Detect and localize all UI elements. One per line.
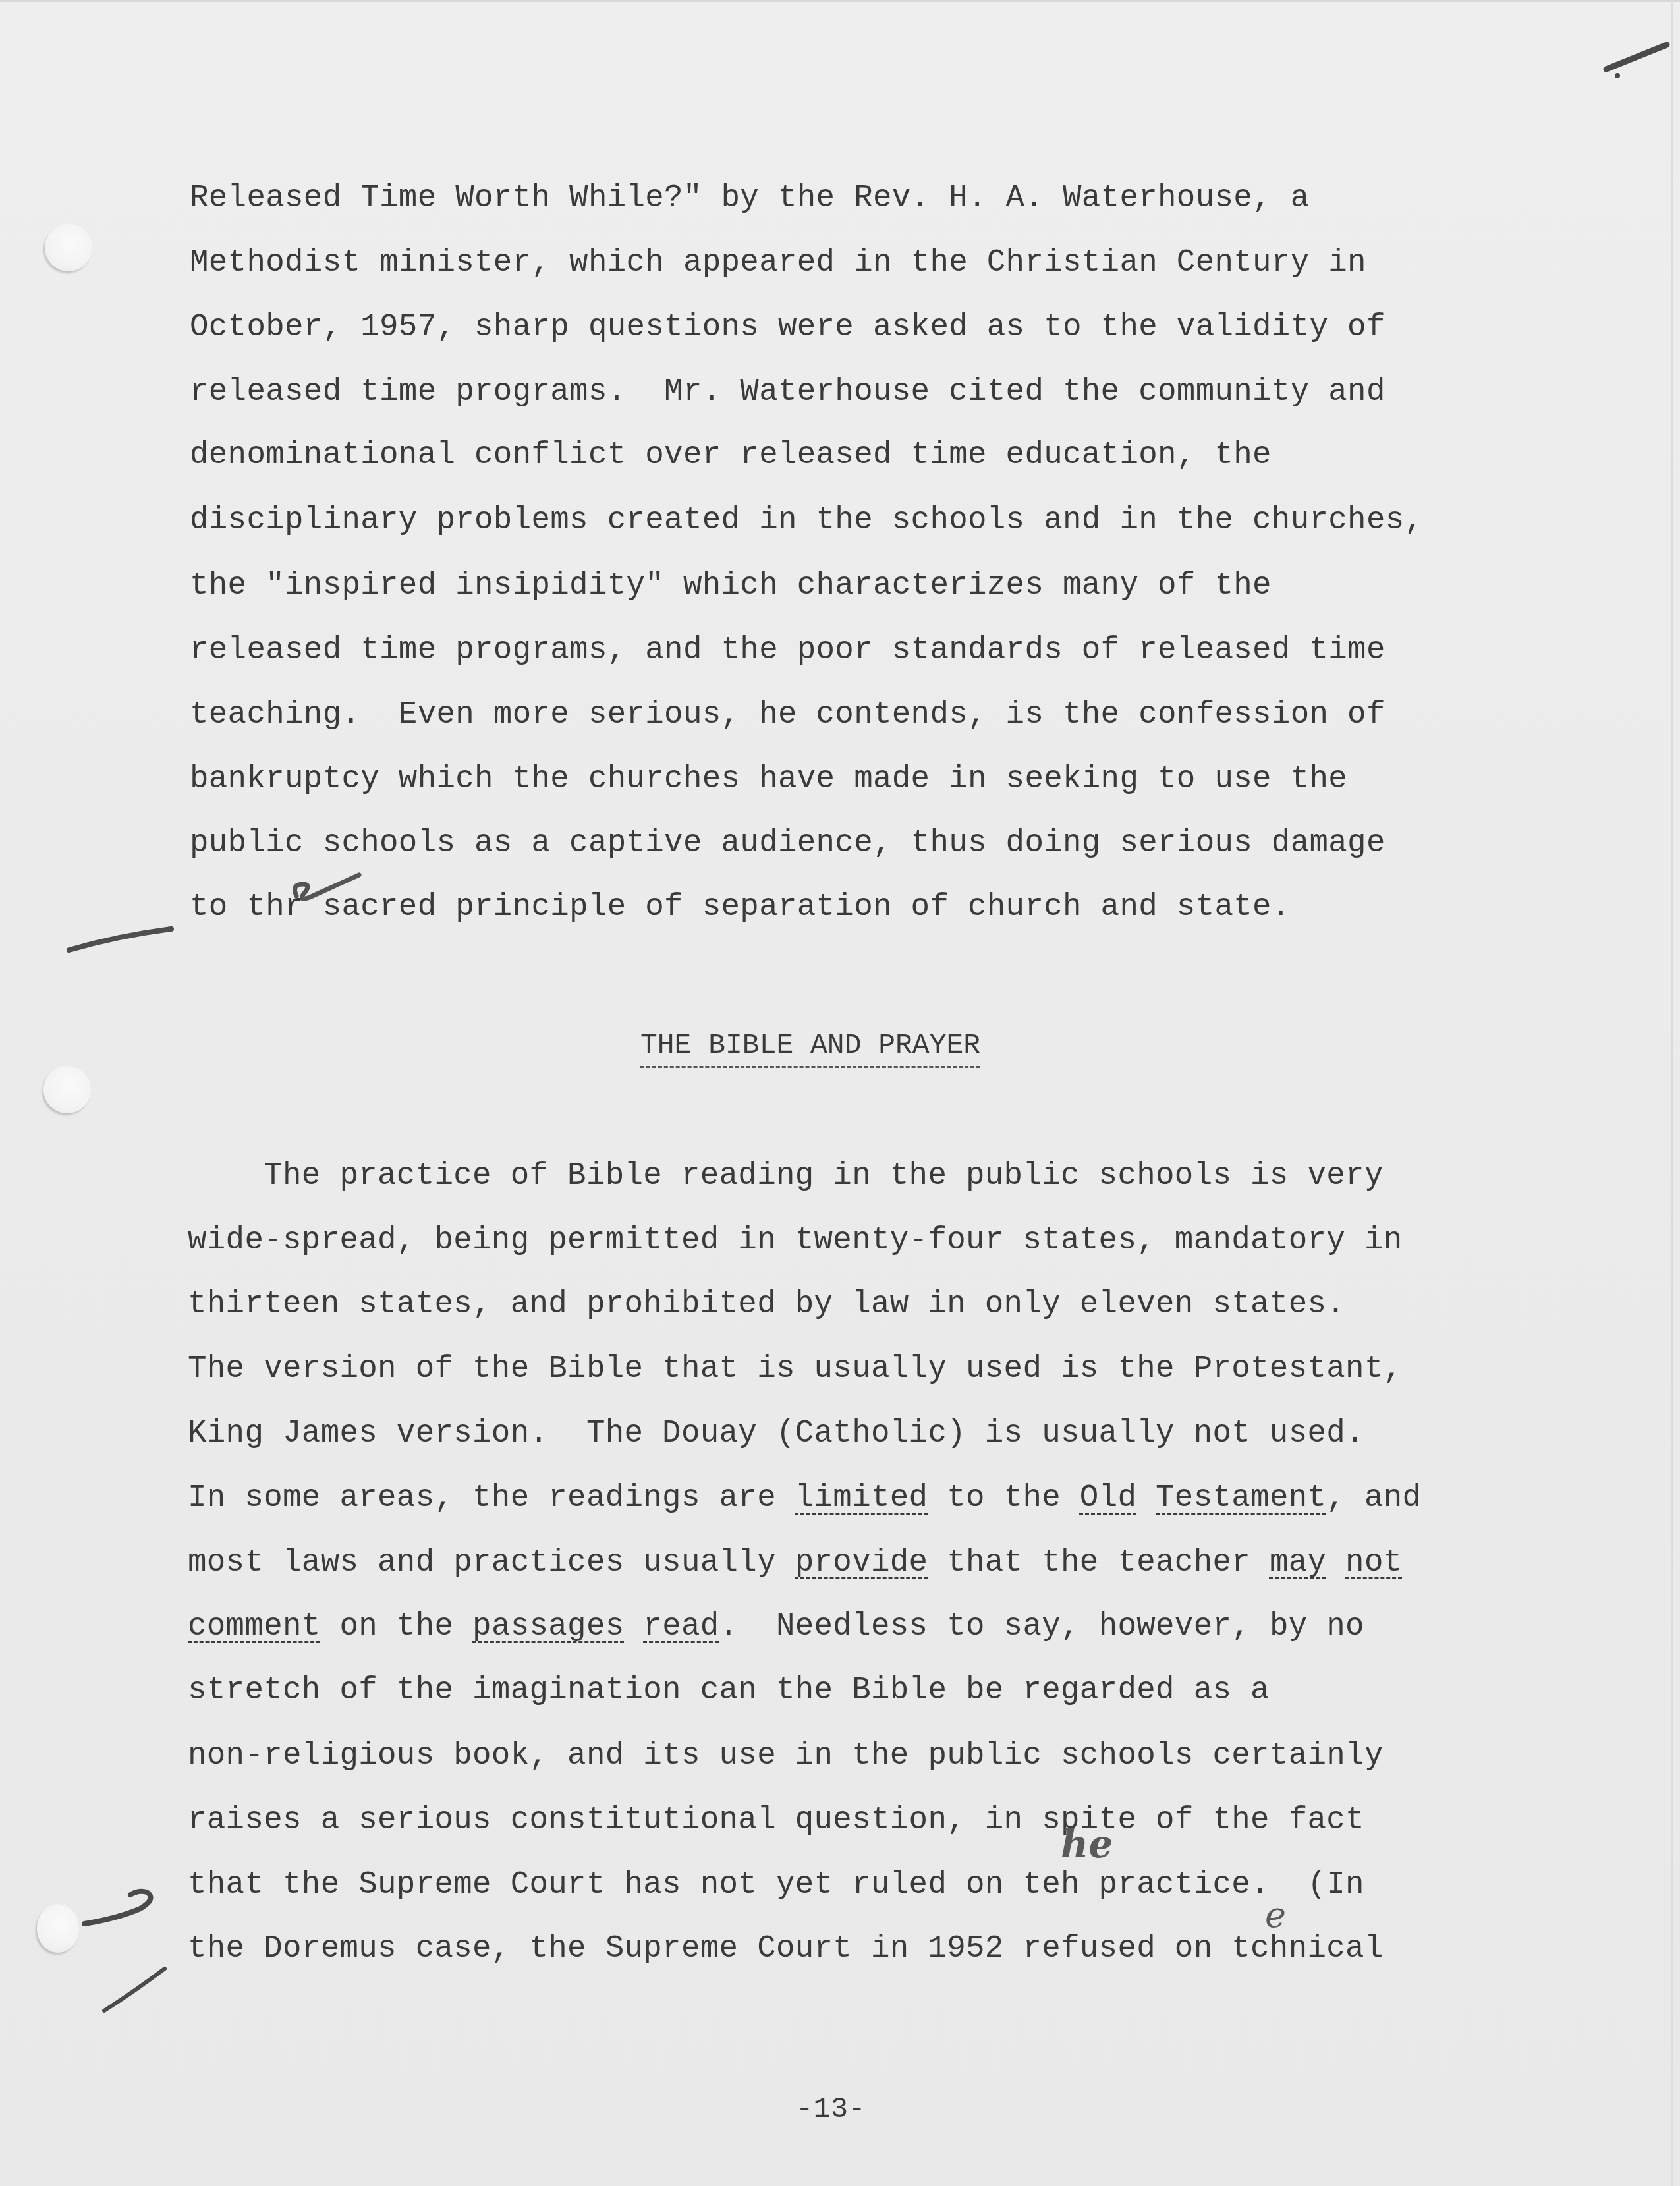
paragraph-line: the Doremus case, the Supreme Court in 1… [188,1934,1384,1965]
paragraph-line: In some areas, the readings are limited … [188,1483,1421,1515]
paragraph-line: The version of the Bible that is usually… [188,1354,1403,1386]
text-run: . Needless to say, however, by no [719,1609,1364,1644]
text-run: In some areas, the readings are [188,1480,795,1516]
paragraph-line: teaching. Even more serious, he contends… [190,700,1386,731]
paragraph-line: released time programs. Mr. Waterhouse c… [190,377,1386,408]
paragraph-line: disciplinary problems created in the sch… [190,505,1423,537]
text-run: to the [928,1480,1079,1516]
paragraph-line: non-religious book, and its use in the p… [188,1741,1384,1772]
paragraph-line: the "inspired insipidity" which characte… [190,571,1272,602]
page-number: -13- [796,2095,866,2124]
text-run [625,1609,644,1644]
underlined-word: Old [1080,1480,1136,1516]
paragraph-line: that the Supreme Court has not yet ruled… [188,1870,1364,1901]
paragraph-line: stretch of the imagination can the Bible… [188,1675,1270,1707]
paragraph-line: denominational conflict over released ti… [190,440,1272,472]
text-run [1136,1480,1156,1516]
hole-punch-top [45,224,92,271]
underlined-word: read [643,1609,719,1644]
page-top-edge [0,0,1680,2]
margin-hook-mark-icon [78,1886,170,1938]
paragraph-line: thirteen states, and prohibited by law i… [188,1289,1345,1321]
paragraph-line: released time programs, and the poor sta… [190,635,1386,667]
hole-punch-bottom [37,1904,79,1953]
paragraph-line: Methodist minister, which appeared in th… [190,248,1366,279]
underlined-word: passages [472,1609,624,1644]
margin-diagonal-mark-icon [99,1963,171,2016]
paragraph-line: most laws and practices usually provide … [188,1548,1403,1579]
underlined-word: not [1345,1545,1402,1581]
pencil-check-mark-icon [1601,40,1673,79]
underlined-word: Testament [1156,1480,1326,1516]
page-right-edge [1671,0,1673,2186]
paragraph-line: The practice of Bible reading in the pub… [188,1161,1384,1192]
paragraph-line: October, 1957, sharp questions were aske… [190,312,1386,344]
margin-stroke-mark-icon [66,917,178,957]
paragraph-line: bankruptcy which the churches have made … [190,764,1347,796]
underlined-word: comment [188,1609,321,1644]
text-run: that the teacher [928,1545,1269,1581]
paragraph-line: public schools as a captive audience, th… [190,828,1386,860]
hole-punch-middle [43,1066,91,1113]
paragraph-line: comment on the passages read. Needless t… [188,1611,1364,1643]
paragraph-line: wide-spread, being permitted in twenty-f… [188,1225,1403,1257]
text-run: most laws and practices usually [188,1545,795,1581]
paragraph-line: Released Time Worth While?" by the Rev. … [190,183,1309,215]
handwritten-e-correction: e [1265,1897,1286,1933]
underlined-word: may [1270,1545,1326,1581]
document-page: Released Time Worth While?" by the Rev. … [0,0,1680,2186]
handwritten-he-correction: he [1061,1825,1113,1863]
paragraph-line: King James version. The Douay (Catholic)… [188,1418,1364,1450]
section-heading: THE BIBLE AND PRAYER [640,1031,980,1068]
underlined-word: provide [795,1545,928,1581]
paragraph-line: raises a serious constitutional question… [188,1805,1364,1837]
text-run: , and [1326,1480,1421,1516]
underlined-word: limited [795,1480,928,1516]
text-run [1326,1545,1345,1581]
paragraph-line: to thr sacred principle of separation of… [190,892,1291,924]
text-run: on the [321,1609,472,1644]
